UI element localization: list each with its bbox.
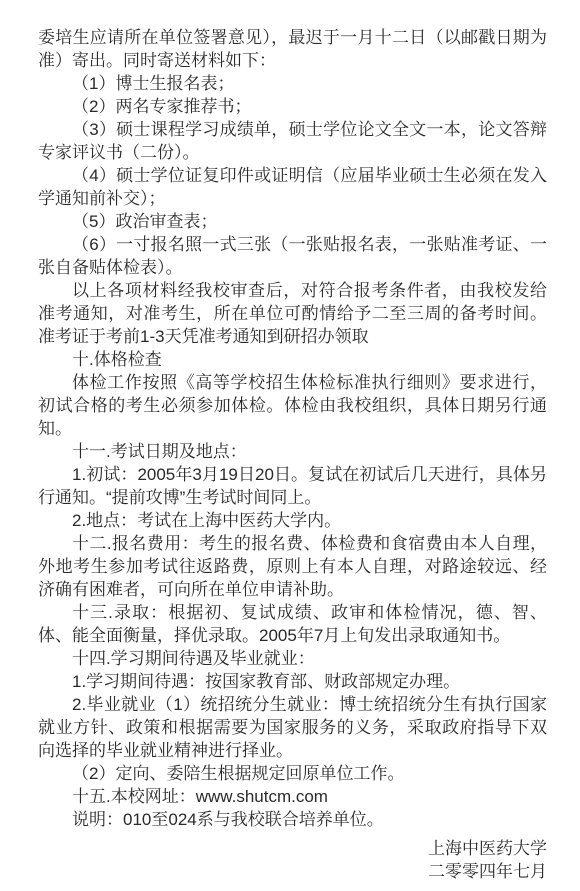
signature-block: 上海中医药大学 二零零四年七月 [38,837,547,883]
para-exam-location: 2.地点：考试在上海中医药大学内。 [38,509,547,532]
document-page: 委培生应请所在单位签署意见），最迟于一月十二日（以邮戳日期为准）寄出。同时寄送材… [0,0,580,891]
para-registration-fees: 十二.报名费用：考生的报名费、体检费和食宿费由本人自理，外地考生参加考试往返路费… [38,532,547,601]
para-study-period-treatment: 1.学习期间待遇：按国家教育部、财政部规定办理。 [38,670,547,693]
para-commissioned-training-deadline: 委培生应请所在单位签署意见），最迟于一月十二日（以邮戳日期为准）寄出。同时寄送材… [38,26,547,72]
section-heading-physical-examination: 十.体格检查 [38,348,547,371]
list-item-expert-recommendations: （2）两名专家推荐书； [38,95,547,118]
section-heading-treatment-employment: 十四.学习期间待遇及毕业就业： [38,647,547,670]
signature-org: 上海中医药大学 [38,837,547,860]
list-item-id-photos: （6）一寸报名照一式三张（一张贴报名表，一张贴准考证、一张自备贴体检表）。 [38,233,547,279]
para-directed-students-return: （2）定向、委陪生根据规定回原单位工作。 [38,762,547,785]
para-physical-examination: 体检工作按照《高等学校招生体检标准执行细则》要求进行，初试合格的考生必须参加体检… [38,371,547,440]
list-item-doctoral-application-form: （1）博士生报名表； [38,72,547,95]
para-graduate-employment: 2.毕业就业（1）统招统分生就业：博士统招统分生有执行国家就业方针、政策和根据需… [38,693,547,762]
para-initial-exam-date: 1.初试：2005年3月19日20日。复试在初试后几天进行，具体另行通知。“提前… [38,463,547,509]
para-materials-review-notice: 以上各项材料经我校审查后，对符合报考条件者，由我校发给准考通知，对准考生，所在单… [38,279,547,348]
list-item-political-review-form: （5）政治审查表； [38,210,547,233]
section-heading-exam-date-location: 十一.考试日期及地点： [38,440,547,463]
signature-date: 二零零四年七月 [38,860,547,883]
para-admission-policy: 十三.录取：根据初、复试成绩、政审和体检情况，德、智、体、能全面衡量，择优录取。… [38,601,547,647]
list-item-masters-transcript-thesis: （3）硕士课程学习成绩单，硕士学位论文全文一本，论文答辩专家评议书（二份）。 [38,118,547,164]
para-note-joint-training-units: 说明：010至024系与我校联合培养单位。 [38,808,547,831]
para-school-website: 十五.本校网址：www.shutcm.com [38,785,547,808]
list-item-masters-degree-certificate: （4）硕士学位证复印件或证明信（应届毕业硕士生必须在发入学通知前补交）； [38,164,547,210]
